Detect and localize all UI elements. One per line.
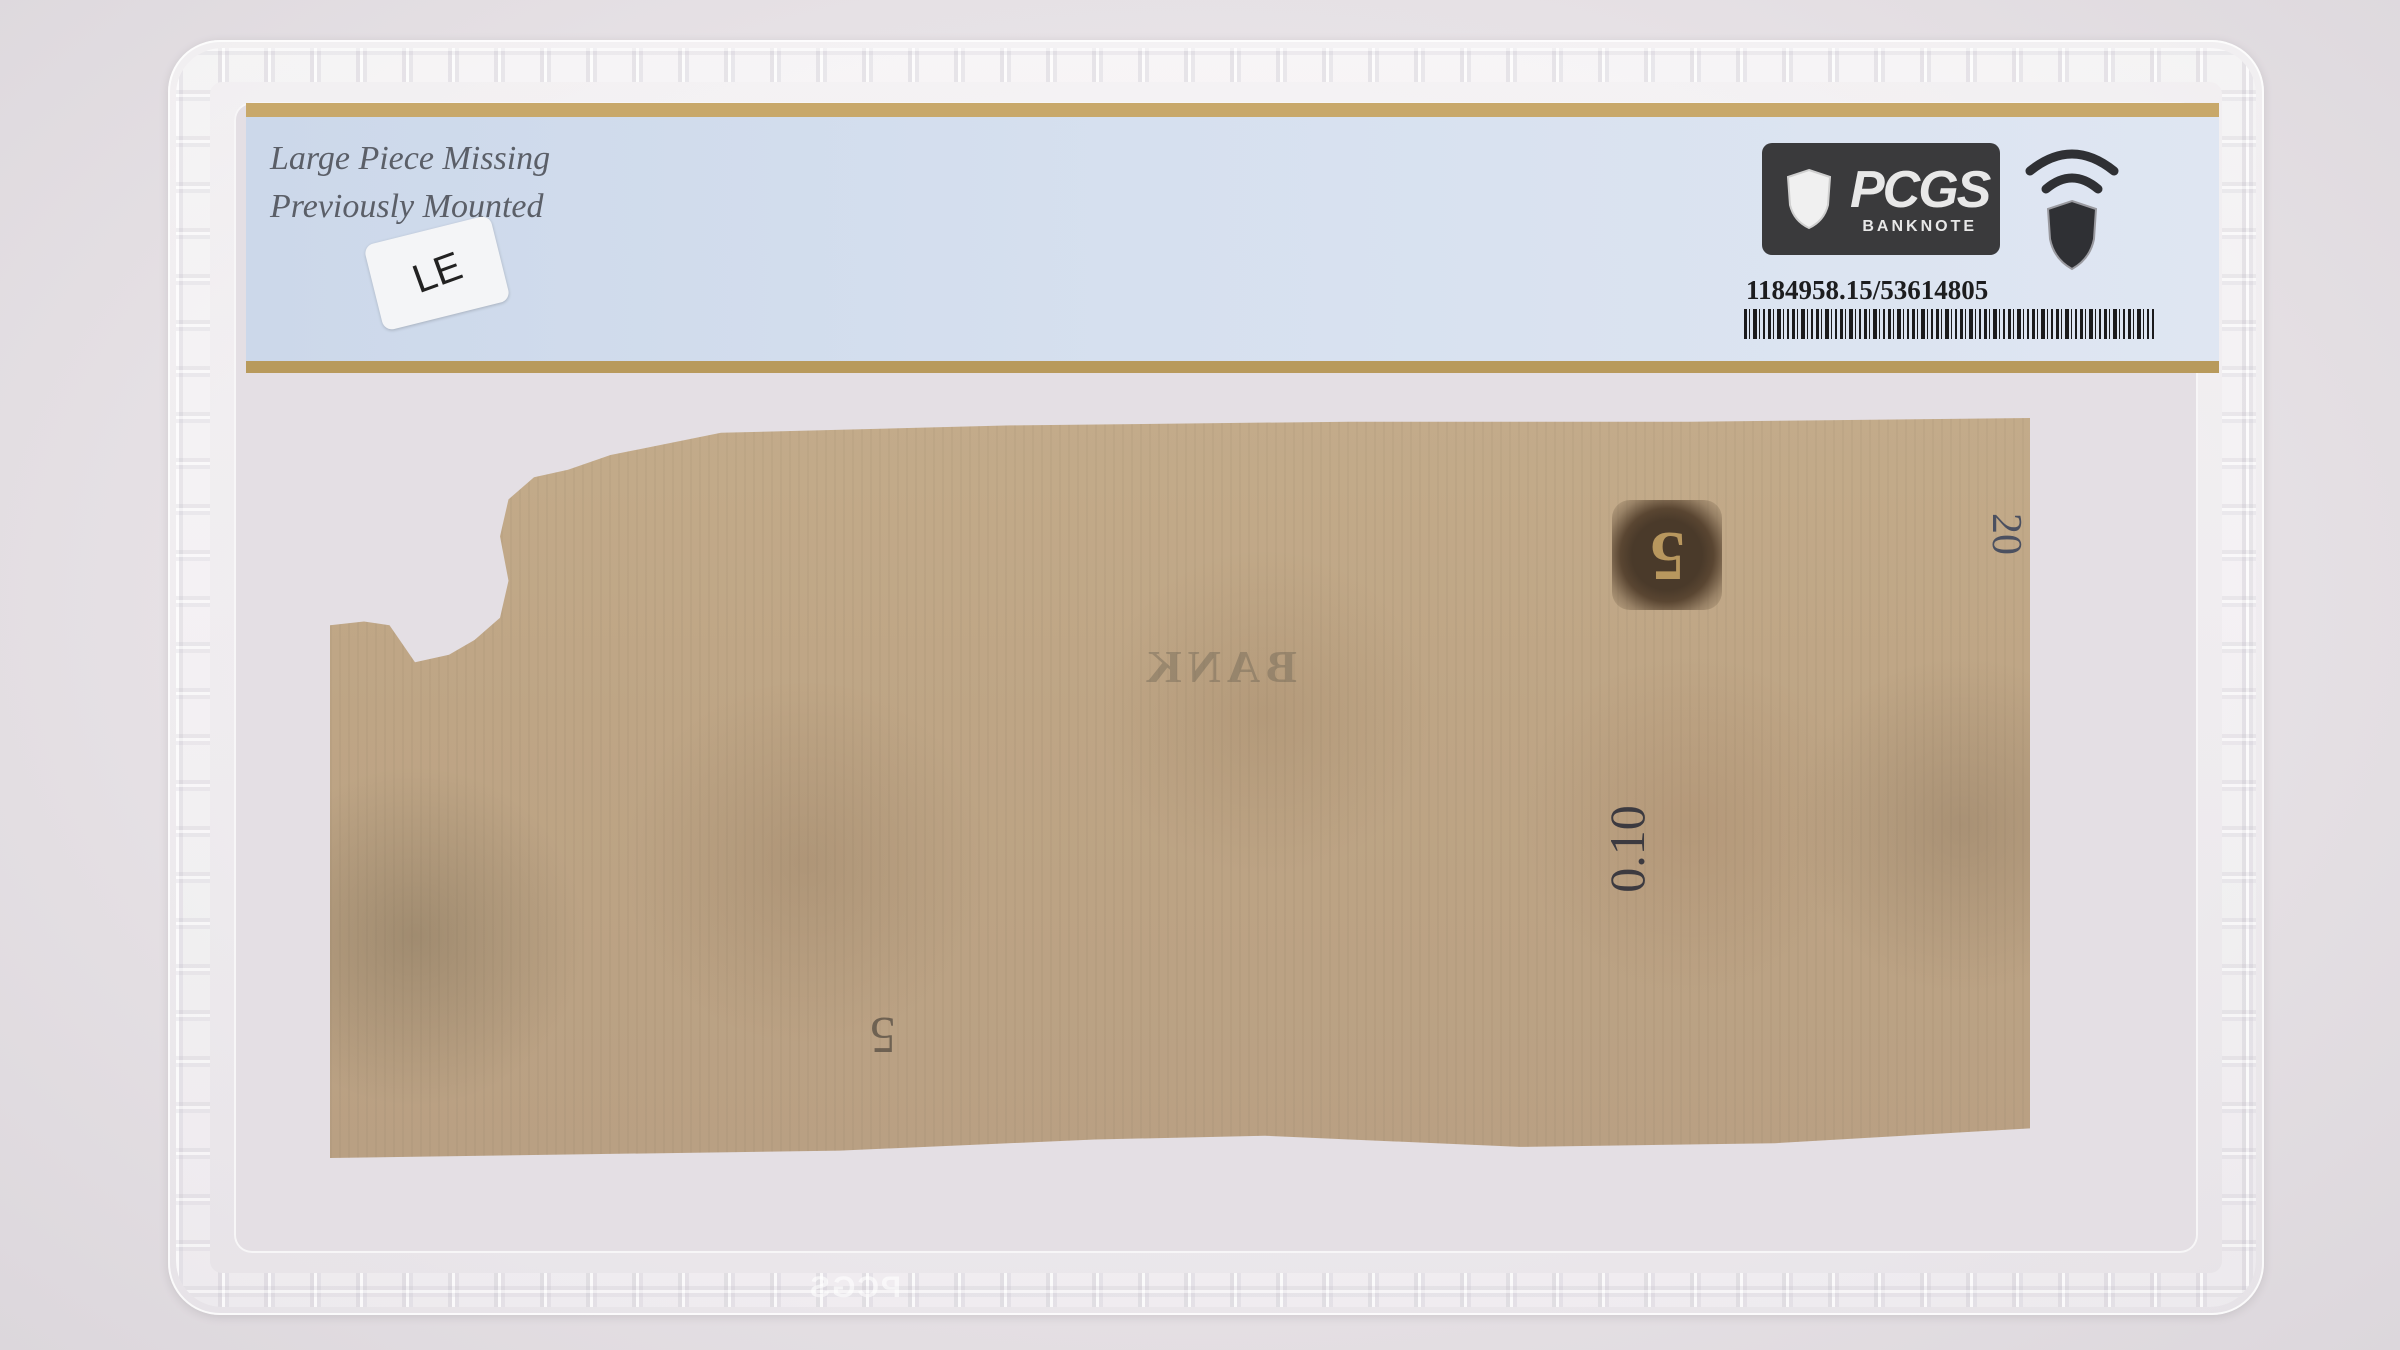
handwritten-bottom-number: 5 (870, 1005, 896, 1064)
banknote (330, 418, 2030, 1158)
cert-number: 1184958.15/53614805 (1746, 275, 1988, 306)
logo-subtitle: BANKNOTE (1862, 218, 1977, 236)
barcode (1744, 309, 2154, 339)
denomination: 5 (1650, 515, 1685, 595)
sticker-text: LE (406, 243, 467, 302)
pcgs-banknote-logo: PCGS BANKNOTE (1762, 143, 2000, 255)
handwritten-middle-number: 0.10 (1598, 805, 1656, 893)
comment-line-2: Previously Mounted (270, 183, 550, 231)
embossed-brand: PCGS (808, 1271, 901, 1305)
handwritten-corner-number: 20 (1982, 513, 2030, 555)
note-heading-bleedthrough: BANK (1140, 640, 1297, 693)
comment-line-1: Large Piece Missing (270, 135, 550, 183)
denomination-medallion: 5 (1612, 500, 1722, 610)
shield-icon (1784, 167, 1834, 231)
label-comments: Large Piece Missing Previously Mounted (270, 135, 550, 231)
logo-wordmark: PCGS (1850, 162, 1989, 218)
nfc-shield-icon (2022, 143, 2122, 273)
